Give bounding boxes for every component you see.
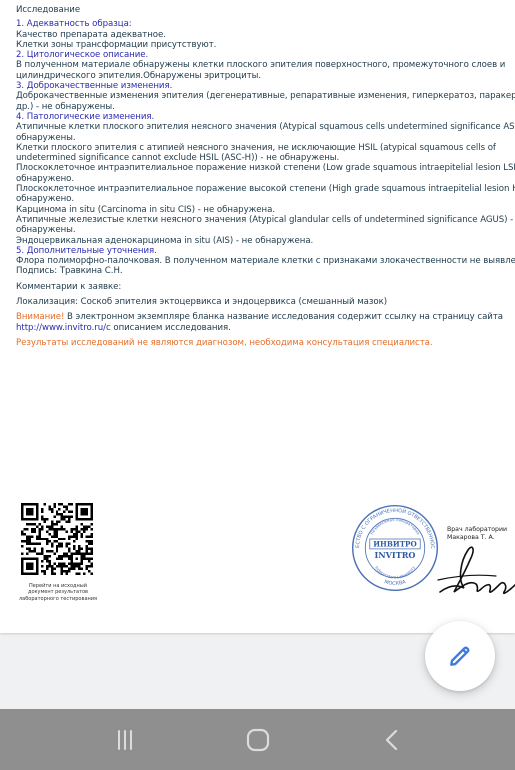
qr-code[interactable] <box>21 503 93 575</box>
section-line: обнаружено. <box>16 174 515 184</box>
comments-label: Комментарии к заявке: <box>16 282 515 292</box>
section-line: обнаружены. <box>16 133 515 143</box>
report-sections: 1. Адекватность образца:Качество препара… <box>16 19 515 276</box>
section-line: Доброкачественные изменения эпителия (де… <box>16 91 515 101</box>
section-line: Карцинома in situ (Carcinoma in situ CIS… <box>16 205 515 215</box>
qr-caption: Перейти на исходный документ результатов… <box>18 583 98 602</box>
qr-block[interactable]: Перейти на исходный документ результатов… <box>18 503 98 602</box>
attention-label: Внимание! <box>16 312 64 322</box>
section-line: Атипичные железистые клетки неясного зна… <box>16 215 515 225</box>
section-line: undetermined significance cannot exclude… <box>16 153 515 163</box>
attention-note: Внимание! В электронном экземпляре бланк… <box>16 312 515 322</box>
section-line: Подпись: Травкина С.Н. <box>16 266 515 276</box>
localization-text: Локализация: Соскоб эпителия эктоцервикс… <box>16 297 515 307</box>
section-line: Клетки зоны трансформации присутствуют. <box>16 40 515 50</box>
section-line: Плоскоклеточное интраэпителиальное пораж… <box>16 163 515 173</box>
disclaimer: Результаты исследований не являются диаг… <box>16 338 515 348</box>
back-icon <box>381 728 405 752</box>
svg-text:МОСКВА: МОСКВА <box>384 579 408 587</box>
recent-apps-button[interactable] <box>110 727 140 753</box>
svg-text:INVITRO: INVITRO <box>375 550 416 560</box>
pencil-icon <box>447 643 473 669</box>
invitro-link[interactable]: http://www.invitro.ru/ <box>16 323 106 333</box>
attention-link-line: http://www.invitro.ru/с описанием исслед… <box>16 323 515 333</box>
section-line: Плоскоклеточное интраэпителиальное пораж… <box>16 184 515 194</box>
home-icon <box>245 727 271 753</box>
section-line: Эндоцервикальная аденокарцинома in situ … <box>16 236 515 246</box>
section-line: Атипичные клетки плоского эпителия неясн… <box>16 122 515 132</box>
doctor-title: Врач лаборатории <box>447 526 507 534</box>
svg-text:Независимая лаборатория: Независимая лаборатория <box>369 517 421 536</box>
section-heading: 1. Адекватность образца: <box>16 19 515 29</box>
lab-stamp: ОБЩЕСТВО С ОГРАНИЧЕННОЙ ОТВЕТСТВЕННОСТЬЮ… <box>350 503 440 593</box>
section-line: цилиндрического эпителия.Обнаружены эрит… <box>16 71 515 81</box>
section-line: Флора полиморфно-палочковая. В полученно… <box>16 256 515 266</box>
edit-button[interactable] <box>425 621 495 691</box>
attention-text: В электронном экземпляре бланка название… <box>64 312 503 322</box>
home-button[interactable] <box>243 727 273 753</box>
section-heading: 3. Доброкачественные изменения. <box>16 81 515 91</box>
section-line: Клетки плоского эпителия с атипией неясн… <box>16 143 515 153</box>
svg-text:Independent Laboratory: Independent Laboratory <box>374 564 416 579</box>
report-title: Исследование <box>16 5 515 15</box>
recent-apps-icon <box>113 728 137 752</box>
section-line: обнаружено. <box>16 194 515 204</box>
back-button[interactable] <box>378 727 408 753</box>
section-line: Качество препарата адекватное. <box>16 30 515 40</box>
section-line: др.) - не обнаружены. <box>16 102 515 112</box>
section-heading: 5. Дополнительные уточнения. <box>16 246 515 256</box>
section-heading: 2. Цитологическое описание. <box>16 50 515 60</box>
report-text: Исследование 1. Адекватность образца:Кач… <box>16 5 515 348</box>
section-line: В полученном материале обнаружены клетки… <box>16 60 515 70</box>
svg-text:ИНВИТРО: ИНВИТРО <box>373 540 416 549</box>
system-navigation-bar <box>0 709 515 770</box>
link-suffix: с описанием исследования. <box>106 323 231 333</box>
section-line: обнаружены. <box>16 225 515 235</box>
document-page: Исследование 1. Адекватность образца:Кач… <box>0 0 515 633</box>
section-heading: 4. Патологические изменения. <box>16 112 515 122</box>
signature <box>436 540 515 600</box>
